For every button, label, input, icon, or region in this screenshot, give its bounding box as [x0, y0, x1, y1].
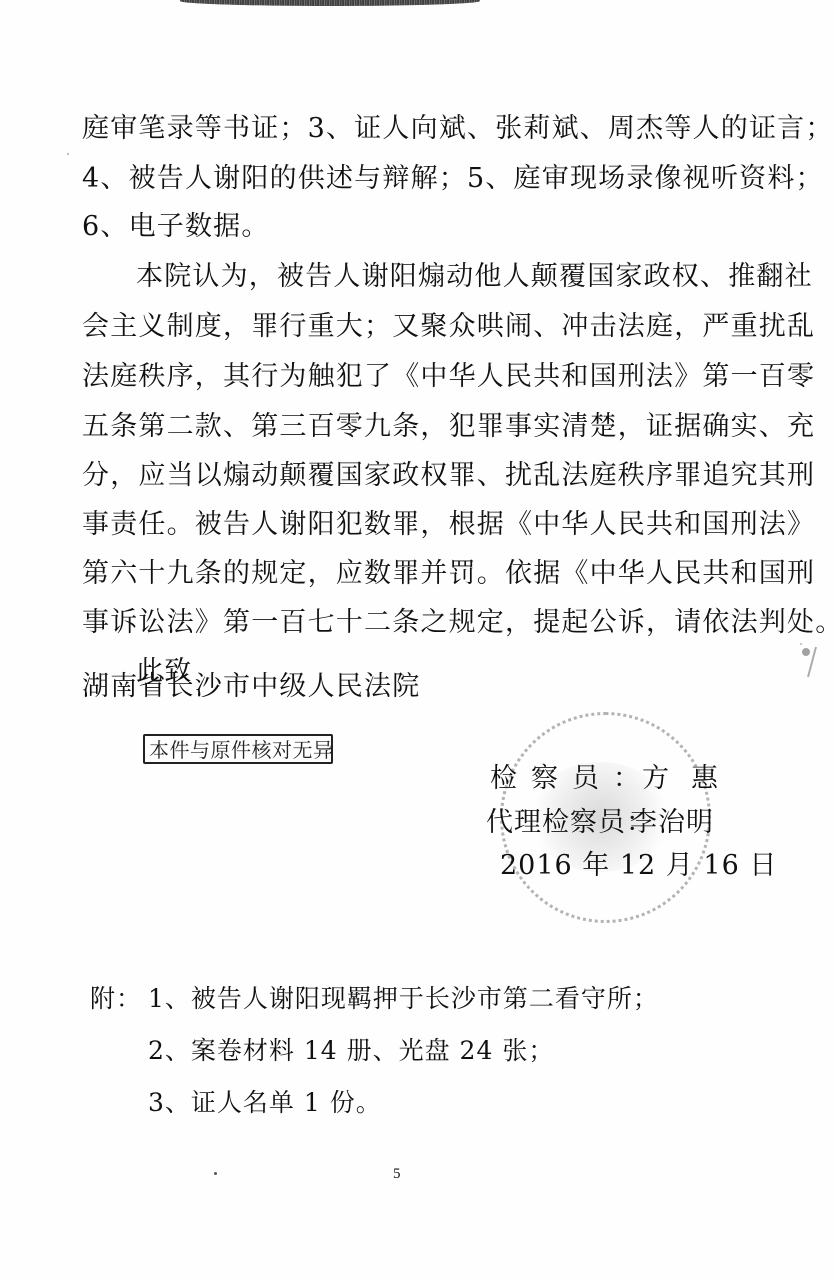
opinion-line-5: 分，应当以煽动颠覆国家政权罪、扰乱法庭秩序罪追究其刑 [82, 461, 815, 491]
margin-scribble-icon [796, 632, 820, 682]
opinion-line-7: 第六十九条的规定，应数罪并罚。依据《中华人民共和国刑 [82, 559, 815, 589]
page-number: 5 [393, 1166, 401, 1183]
opinion-line-6: 事责任。被告人谢阳犯数罪，根据《中华人民共和国刑法》 [82, 510, 815, 540]
opinion-line-1: 本院认为，被告人谢阳煽动他人颠覆国家政权、推翻社 [136, 262, 813, 292]
recipient-court: 湖南省长沙市中级人民法院 [82, 672, 420, 702]
opinion-line-4: 五条第二款、第三百零九条，犯罪事实清楚，证据确实、充 [82, 412, 815, 442]
scan-speck [67, 153, 69, 155]
verification-stamp: 本件与原件核对无异 [143, 734, 333, 764]
prosecutor-name: 方惠 [642, 764, 740, 794]
signature-date: 2016 年 12 月 16 日 [500, 851, 777, 881]
document-page: 庭审笔录等书证；3、证人向斌、张莉斌、周杰等人的证言； 4、被告人谢阳的供述与辩… [0, 0, 834, 1280]
attachment-item-3: 3、证人名单 1 份。 [148, 1089, 382, 1117]
attachments-label: 附： [90, 985, 142, 1013]
prosecutor-label: 检察员： [490, 764, 654, 794]
acting-prosecutor-name: 李治明 [630, 808, 714, 838]
evidence-line-1: 庭审笔录等书证；3、证人向斌、张莉斌、周杰等人的证言； [82, 114, 834, 144]
evidence-line-3: 6、电子数据。 [82, 212, 270, 242]
attachment-item-2: 2、案卷材料 14 册、光盘 24 张； [148, 1037, 554, 1065]
opinion-line-8: 事诉讼法》第一百七十二条之规定，提起公诉，请依法判处。 [82, 608, 834, 638]
opinion-line-2: 会主义制度，罪行重大；又聚众哄闹、冲击法庭，严重扰乱 [82, 312, 815, 342]
attachment-item-1: 1、被告人谢阳现羁押于长沙市第二看守所； [148, 985, 659, 1013]
opinion-line-3: 法庭秩序，其行为触犯了《中华人民共和国刑法》第一百零 [82, 362, 815, 392]
scan-speck [214, 1172, 217, 1175]
evidence-line-2: 4、被告人谢阳的供述与辩解；5、庭审现场录像视听资料； [82, 164, 824, 194]
acting-prosecutor-label: 代理检察员： [486, 808, 654, 838]
scan-edge-artifact [180, 0, 480, 6]
